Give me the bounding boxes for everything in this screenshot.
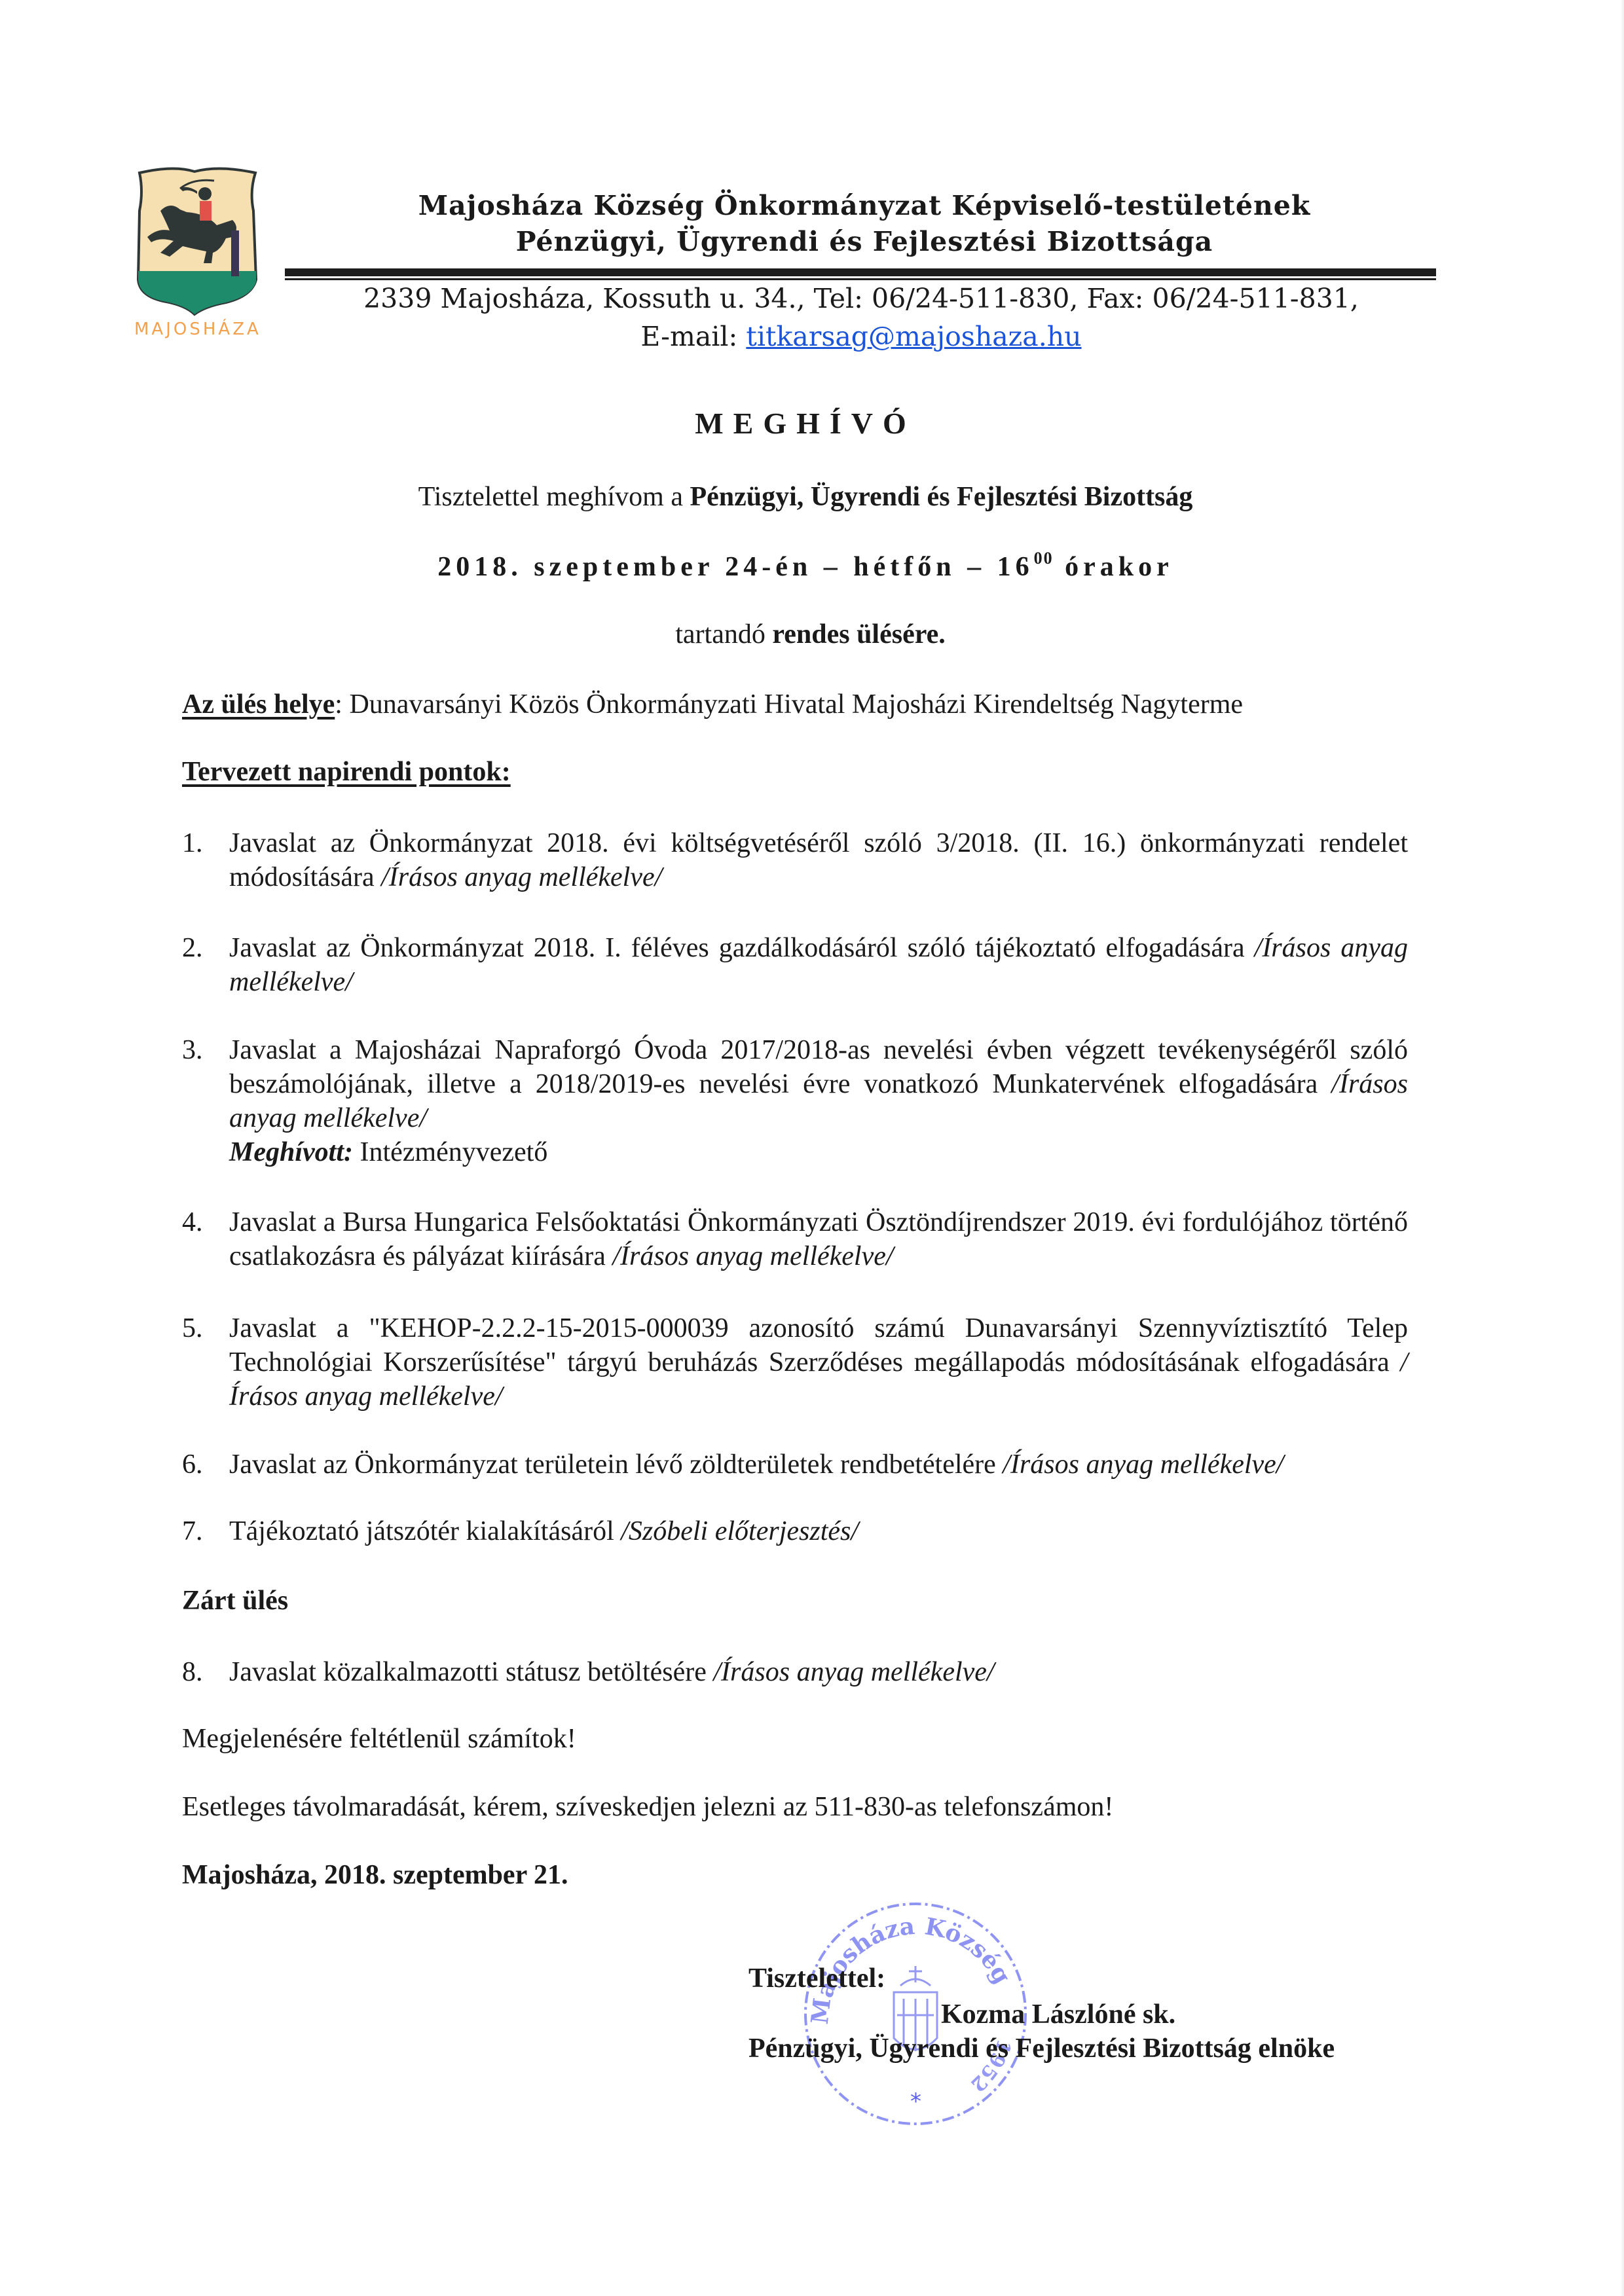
agenda-heading-text: Tervezett napirendi pontok: bbox=[182, 757, 511, 787]
agenda-item: 6. Javaslat az Önkormányzat területein l… bbox=[182, 1448, 1408, 1482]
place-and-date-text: Majosháza, 2018. szeptember 21. bbox=[182, 1860, 568, 1890]
meeting-date: 2018. szeptember 24-én – hétfőn – 16 bbox=[437, 552, 1033, 582]
agenda-item-text: Javaslat az Önkormányzat területein lévő… bbox=[229, 1448, 1408, 1482]
header-address: 2339 Majosháza, Kossuth u. 34., Tel: 06/… bbox=[288, 283, 1434, 314]
agenda-item-note: /Írásos anyag mellékelve/ bbox=[381, 862, 662, 892]
agenda-item-number: 8. bbox=[182, 1655, 203, 1689]
agenda-item-text: Javaslat a Bursa Hungarica Felsőoktatási… bbox=[229, 1205, 1408, 1273]
agenda-item-number: 4. bbox=[182, 1205, 203, 1239]
agenda-item-title: Javaslat az Önkormányzat 2018. I. féléve… bbox=[229, 933, 1255, 963]
meeting-type-prefix: tartandó bbox=[675, 619, 772, 649]
meeting-time-suffix: órakor bbox=[1054, 552, 1173, 582]
agenda-item: 2. Javaslat az Önkormányzat 2018. I. fél… bbox=[182, 931, 1408, 999]
meeting-datetime: 2018. szeptember 24-én – hétfőn – 1600 ó… bbox=[0, 549, 1611, 583]
agenda-item-text: Javaslat közalkalmazotti státusz betölté… bbox=[229, 1655, 1408, 1689]
agenda-item-note: /Írásos anyag mellékelve/ bbox=[612, 1241, 893, 1271]
agenda-item: 3. Javaslat a Majosházai Napraforgó Óvod… bbox=[182, 1033, 1408, 1169]
attendance-note: Megjelenésére feltétlenül számítok! bbox=[182, 1722, 1408, 1756]
header-title-line1: Majosháza Község Önkormányzat Képviselő-… bbox=[282, 190, 1447, 221]
signature-role: Pénzügyi, Ügyrendi és Fejlesztési Bizott… bbox=[748, 2033, 1335, 2064]
agenda-item-number: 1. bbox=[182, 826, 203, 860]
agenda-item-number: 2. bbox=[182, 931, 203, 965]
invitation-line: Tisztelettel meghívom a Pénzügyi, Ügyren… bbox=[0, 481, 1611, 513]
agenda-item: 1. Javaslat az Önkormányzat 2018. évi kö… bbox=[182, 826, 1408, 894]
agenda-item-number: 5. bbox=[182, 1311, 203, 1345]
venue-line: Az ülés helye: Dunavarsányi Közös Önkorm… bbox=[182, 687, 1408, 721]
closed-session-heading-text: Zárt ülés bbox=[182, 1586, 288, 1616]
agenda-item: 8. Javaslat közalkalmazotti státusz betö… bbox=[182, 1655, 1408, 1689]
agenda-item-note: /Írásos anyag mellékelve/ bbox=[713, 1657, 994, 1687]
email-link[interactable]: titkarsag@majoshaza.hu bbox=[746, 321, 1081, 352]
meeting-minutes: 00 bbox=[1034, 549, 1054, 568]
agenda-item-text: Javaslat a Majosházai Napraforgó Óvoda 2… bbox=[229, 1033, 1408, 1135]
agenda-heading: Tervezett napirendi pontok: bbox=[182, 755, 1408, 789]
venue-value: Dunavarsányi Közös Önkormányzati Hivatal… bbox=[349, 689, 1243, 720]
agenda-item-text: Tájékoztató játszótér kialakításáról /Sz… bbox=[229, 1514, 1408, 1548]
closed-session-heading: Zárt ülés bbox=[182, 1584, 1408, 1618]
invitation-prefix: Tisztelettel meghívom a bbox=[418, 482, 690, 512]
agenda-item-title: Javaslat az Önkormányzat területein lévő… bbox=[229, 1449, 1003, 1480]
agenda-item-number: 7. bbox=[182, 1514, 203, 1548]
agenda-item-title: Javaslat a "KEHOP-2.2.2-15-2015-000039 a… bbox=[229, 1313, 1408, 1377]
agenda-item-note: /Szóbeli előterjesztés/ bbox=[621, 1516, 858, 1546]
header-title-line2: Pénzügyi, Ügyrendi és Fejlesztési Bizott… bbox=[282, 226, 1447, 257]
committee-name: Pénzügyi, Ügyrendi és Fejlesztési Bizott… bbox=[690, 482, 1192, 512]
header-email-line: E-mail: titkarsag@majoshaza.hu bbox=[288, 321, 1434, 352]
agenda-item-text: Javaslat az Önkormányzat 2018. I. féléve… bbox=[229, 931, 1408, 999]
agenda-item-invited: Meghívott: Intézményvezető bbox=[229, 1135, 1408, 1169]
agenda-item-number: 3. bbox=[182, 1033, 203, 1067]
signature-greeting: Tisztelettel: bbox=[748, 1963, 885, 1994]
venue-separator: : bbox=[335, 689, 349, 720]
agenda-item-note: /Írásos anyag mellékelve/ bbox=[1003, 1449, 1283, 1480]
absence-note: Esetleges távolmaradását, kérem, szívesk… bbox=[182, 1790, 1408, 1824]
logo-caption: MAJOSHÁZA bbox=[134, 319, 246, 339]
place-and-date: Majosháza, 2018. szeptember 21. bbox=[182, 1858, 1408, 1892]
agenda-item: 5. Javaslat a "KEHOP-2.2.2-15-2015-00003… bbox=[182, 1311, 1408, 1413]
agenda-item: 7. Tájékoztató játszótér kialakításáról … bbox=[182, 1514, 1408, 1548]
agenda-item-title: Javaslat a Majosházai Napraforgó Óvoda 2… bbox=[229, 1035, 1408, 1099]
signature-name: Kozma Lászlóné sk. bbox=[941, 1999, 1175, 2030]
header-rule-thin bbox=[285, 278, 1436, 280]
header-rule-thick bbox=[285, 268, 1436, 276]
agenda-item-text: Javaslat a "KEHOP-2.2.2-15-2015-000039 a… bbox=[229, 1311, 1408, 1413]
agenda-item-number: 6. bbox=[182, 1448, 203, 1482]
svg-text:*: * bbox=[910, 2088, 921, 2115]
invited-value: Intézményvezető bbox=[353, 1137, 547, 1167]
agenda-item: 4. Javaslat a Bursa Hungarica Felsőoktat… bbox=[182, 1205, 1408, 1273]
invited-label: Meghívott: bbox=[229, 1137, 353, 1167]
meeting-type: rendes ülésére. bbox=[772, 619, 945, 649]
coat-of-arms-logo: MAJOSHÁZA bbox=[134, 165, 265, 342]
agenda-item-title: Tájékoztató játszótér kialakításáról bbox=[229, 1516, 621, 1546]
agenda-item-title: Javaslat közalkalmazotti státusz betölté… bbox=[229, 1657, 713, 1687]
agenda-item-text: Javaslat az Önkormányzat 2018. évi költs… bbox=[229, 826, 1408, 894]
meeting-type-line: tartandó rendes ülésére. bbox=[0, 619, 1621, 650]
document-title: MEGHÍVÓ bbox=[688, 406, 923, 441]
email-label: E-mail: bbox=[640, 321, 737, 352]
coat-of-arms-icon bbox=[134, 165, 265, 342]
page-edge bbox=[1620, 0, 1624, 2296]
venue-label: Az ülés helye bbox=[182, 689, 335, 720]
